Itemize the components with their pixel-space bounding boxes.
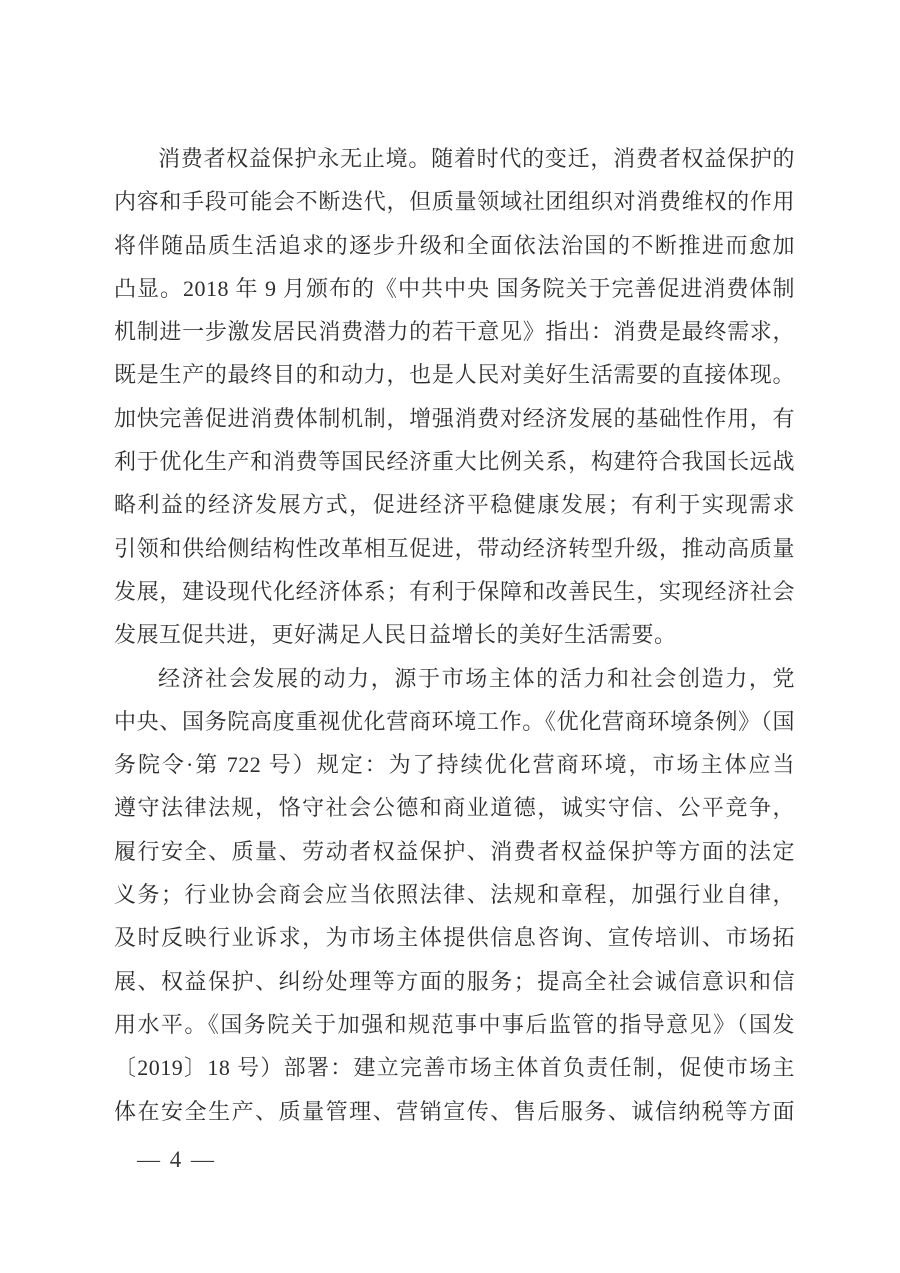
document-body: 消费者权益保护永无止境。随着时代的变迁，消费者权益保护的内容和手段可能会不断迭代… <box>114 137 795 1133</box>
text-line: 既是生产的最终目的和动力，也是人民对美好生活需要的直接体现。 <box>114 353 795 396</box>
text-line: 引领和供给侧结构性改革相互促进，带动经济转型升级，推动高质量 <box>114 527 795 570</box>
text-line: 展、权益保护、纠纷处理等方面的服务；提高全社会诚信意识和信 <box>114 960 795 1003</box>
page-number: — 4 — <box>137 1145 216 1175</box>
text-line: 略利益的经济发展方式，促进经济平稳健康发展；有利于实现需求 <box>114 483 795 526</box>
text-line: 利于优化生产和消费等国民经济重大比例关系，构建符合我国长远战 <box>114 440 795 483</box>
text-line: 内容和手段可能会不断迭代，但质量领域社团组织对消费维权的作用 <box>114 180 795 223</box>
text-line: 消费者权益保护永无止境。随着时代的变迁，消费者权益保护的 <box>114 137 795 180</box>
text-line: 机制进一步激发居民消费潜力的若干意见》指出：消费是最终需求， <box>114 310 795 353</box>
text-line: 经济社会发展的动力，源于市场主体的活力和社会创造力，党 <box>114 657 795 700</box>
text-line: 加快完善促进消费体制机制，增强消费对经济发展的基础性作用，有 <box>114 397 795 440</box>
text-line: 中央、国务院高度重视优化营商环境工作。《优化营商环境条例》（国 <box>114 700 795 743</box>
text-line: 体在安全生产、质量管理、营销宣传、售后服务、诚信纳税等方面 <box>114 1090 795 1133</box>
text-line: 务院令·第 722 号）规定：为了持续优化营商环境，市场主体应当 <box>114 743 795 786</box>
text-line: 发展互促共进，更好满足人民日益增长的美好生活需要。 <box>114 613 795 656</box>
text-line: 凸显。2018 年 9 月颁布的《中共中央 国务院关于完善促进消费体制 <box>114 267 795 310</box>
text-line: 用水平。《国务院关于加强和规范事中事后监管的指导意见》（国发 <box>114 1003 795 1046</box>
text-line: 将伴随品质生活追求的逐步升级和全面依法治国的不断推进而愈加 <box>114 224 795 267</box>
text-line: 义务；行业协会商会应当依照法律、法规和章程，加强行业自律， <box>114 873 795 916</box>
text-line: 履行安全、质量、劳动者权益保护、消费者权益保护等方面的法定 <box>114 830 795 873</box>
document-page: 消费者权益保护永无止境。随着时代的变迁，消费者权益保护的内容和手段可能会不断迭代… <box>0 0 900 1273</box>
text-line: 发展，建设现代化经济体系；有利于保障和改善民生，实现经济社会 <box>114 570 795 613</box>
text-line: 〔2019〕18 号）部署：建立完善市场主体首负责任制，促使市场主 <box>114 1046 795 1089</box>
text-line: 及时反映行业诉求，为市场主体提供信息咨询、宣传培训、市场拓 <box>114 916 795 959</box>
paragraph: 消费者权益保护永无止境。随着时代的变迁，消费者权益保护的内容和手段可能会不断迭代… <box>114 137 795 657</box>
paragraph: 经济社会发展的动力，源于市场主体的活力和社会创造力，党中央、国务院高度重视优化营… <box>114 657 795 1133</box>
text-line: 遵守法律法规，恪守社会公德和商业道德，诚实守信、公平竞争， <box>114 786 795 829</box>
